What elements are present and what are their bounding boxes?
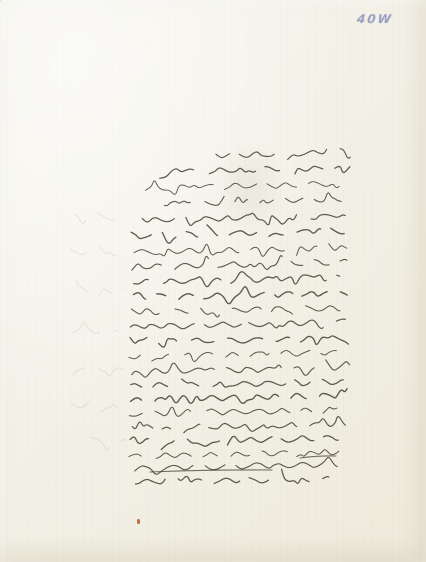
letter-page: 40W	[0, 0, 426, 562]
handwriting-svg	[0, 0, 426, 562]
red-ink-dot	[137, 519, 140, 524]
